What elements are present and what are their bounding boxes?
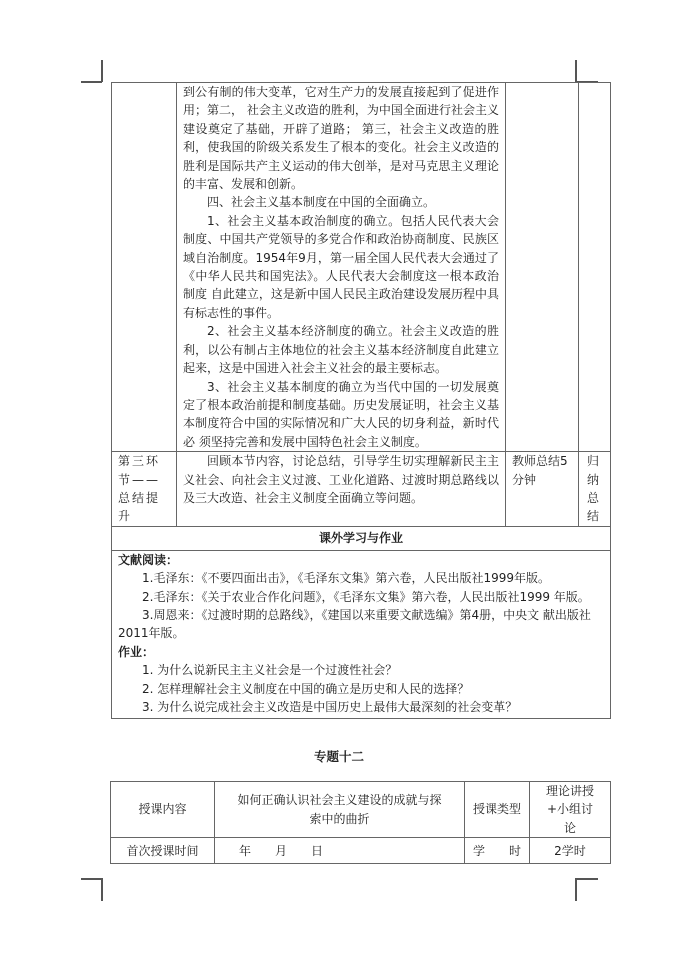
literature-label: 文献阅读： [118, 551, 604, 569]
paragraph: 1、社会主义基本政治制度的确立。包括人民代表大会制度、中国共产党领导的多党合作和… [183, 212, 499, 322]
topic-row-1: 授课内容 如何正确认识社会主义建设的成就与探索中的曲折 授课类型 理论讲授+小组… [111, 782, 611, 838]
literature-cell: 文献阅读： 1.毛泽东：《不要四面出击》，《毛泽东文集》第六卷，人民出版社199… [112, 550, 611, 719]
crop-mark-top-left-h [81, 81, 102, 83]
content-cell: 到公有制的伟大变革，它对生产力的发展直接起到了促进作用；第二， 社会主义改造的胜… [177, 83, 506, 452]
homework-header: 课外学习与作业 [112, 526, 611, 550]
paragraph: 四、社会主义基本制度在中国的全面确立。 [183, 193, 499, 211]
note-cell-empty [579, 83, 611, 452]
literature-row: 文献阅读： 1.毛泽东：《不要四面出击》，《毛泽东文集》第六卷，人民出版社199… [112, 550, 611, 719]
homework-header-row: 课外学习与作业 [112, 526, 611, 550]
homework-item: 3. 为什么说完成社会主义改造是中国历史上最伟大最深刻的社会变革？ [118, 698, 604, 716]
type-value: 理论讲授+小组讨论 [530, 782, 611, 838]
topic-table: 授课内容 如何正确认识社会主义建设的成就与探索中的曲折 授课类型 理论讲授+小组… [110, 781, 611, 864]
stage-label: 第三环节——总结提升 [112, 452, 177, 527]
note-label: 归纳总结 [579, 452, 611, 527]
hours-value: 2学时 [530, 838, 611, 864]
method-cell-empty [506, 83, 579, 452]
topic-row-2: 首次授课时间 年 月 日 学 时 2学时 [111, 838, 611, 864]
crop-mark-top-right-v [575, 60, 577, 82]
summary-text: 回顾本节内容，讨论总结，引导学生切实理解新民主主义社会、向社会主义过渡、工业化道… [183, 452, 499, 507]
literature-item: 3.周恩来：《过渡时期的总路线》，《建国以来重要文献选编》第4册，中央文 献出版… [118, 606, 604, 643]
paragraph: 2、社会主义基本经济制度的确立。社会主义改造的胜利，以公有制占主体地位的社会主义… [183, 322, 499, 377]
crop-mark-bottom-left-h [81, 878, 102, 880]
literature-item: 2.毛泽东：《关于农业合作化问题》，《毛泽东文集》第六卷，人民出版社1999 年… [118, 588, 604, 606]
topic-title: 专题十二 [0, 747, 678, 765]
summary-row: 第三环节——总结提升 回顾本节内容，讨论总结，引导学生切实理解新民主主义社会、向… [112, 452, 611, 527]
content-value: 如何正确认识社会主义建设的成就与探索中的曲折 [215, 782, 465, 838]
homework-label: 作业： [118, 643, 604, 661]
stage-cell-empty [112, 83, 177, 452]
content-label: 授课内容 [111, 782, 215, 838]
literature-item: 1.毛泽东：《不要四面出击》，《毛泽东文集》第六卷，人民出版社1999年版。 [118, 569, 604, 587]
type-label: 授课类型 [465, 782, 530, 838]
homework-item: 2. 怎样理解社会主义制度在中国的确立是历史和人民的选择？ [118, 680, 604, 698]
hours-label: 学 时 [465, 838, 530, 864]
crop-mark-bottom-right-v [575, 878, 577, 901]
summary-content: 回顾本节内容，讨论总结，引导学生切实理解新民主主义社会、向社会主义过渡、工业化道… [177, 452, 506, 527]
crop-mark-bottom-left-v [101, 878, 103, 901]
content-row: 到公有制的伟大变革，它对生产力的发展直接起到了促进作用；第二， 社会主义改造的胜… [112, 83, 611, 452]
crop-mark-top-left-v [101, 60, 103, 82]
paragraph: 到公有制的伟大变革，它对生产力的发展直接起到了促进作用；第二， 社会主义改造的胜… [183, 83, 499, 193]
lesson-plan-table: 到公有制的伟大变革，它对生产力的发展直接起到了促进作用；第二， 社会主义改造的胜… [111, 82, 611, 719]
time-value: 年 月 日 [215, 838, 465, 864]
homework-item: 1. 为什么说新民主主义社会是一个过渡性社会？ [118, 661, 604, 679]
time-label: 首次授课时间 [111, 838, 215, 864]
paragraph: 3、社会主义基本制度的确立为当代中国的一切发展奠定了根本政治前提和制度基础。历史… [183, 378, 499, 452]
crop-mark-bottom-right-h [575, 878, 598, 880]
method-label: 教师总结5分钟 [506, 452, 579, 527]
